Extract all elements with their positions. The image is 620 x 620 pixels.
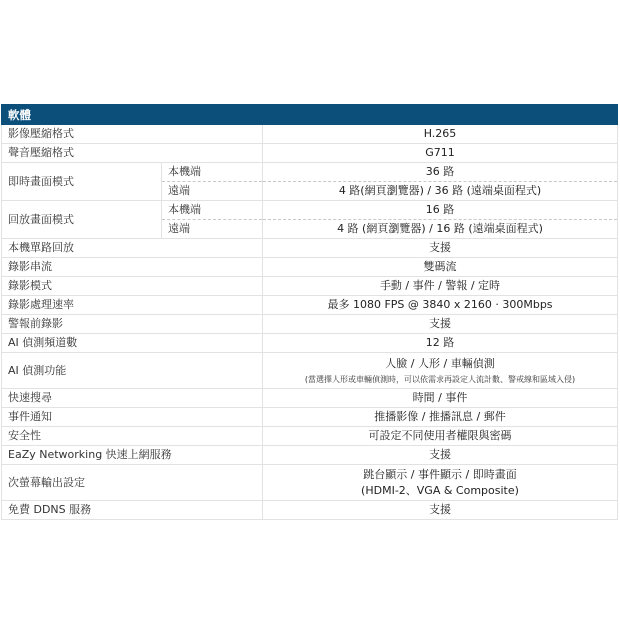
spec-sublabel: 遠端: [162, 182, 263, 201]
spec-row-sub-monitor: 次螢幕輸出設定 跳台顯示 / 事件顯示 / 即時畫面 (HDMI-2、VGA &…: [2, 465, 618, 501]
spec-value: 推播影像 / 推播訊息 / 郵件: [263, 408, 618, 427]
spec-value: 36 路: [263, 163, 618, 182]
spec-row-video-compression: 影像壓縮格式 H.265: [2, 125, 618, 144]
spec-label: 本機單路回放: [2, 239, 263, 258]
spec-value-line: 跳台顯示 / 事件顯示 / 即時畫面: [269, 467, 611, 483]
spec-label: 錄影串流: [2, 258, 263, 277]
spec-row-record-mode: 錄影模式 手動 / 事件 / 警報 / 定時: [2, 277, 618, 296]
spec-label: 錄影模式: [2, 277, 263, 296]
spec-value: 16 路: [263, 201, 618, 220]
spec-label: 安全性: [2, 427, 263, 446]
spec-label: EaZy Networking 快速上網服務: [2, 446, 263, 465]
spec-row-audio-compression: 聲音壓縮格式 G711: [2, 144, 618, 163]
spec-value: 人臉 / 人形 / 車輛偵測 (當選擇人形或車輛偵測時，可以依需求再設定人流計數…: [263, 353, 618, 389]
spec-sublabel: 本機端: [162, 163, 263, 182]
spec-label: 次螢幕輸出設定: [2, 465, 263, 501]
spec-sublabel: 本機端: [162, 201, 263, 220]
spec-value: 雙碼流: [263, 258, 618, 277]
spec-row-quick-search: 快速搜尋 時間 / 事件: [2, 389, 618, 408]
spec-value-note: (當選擇人形或車輛偵測時，可以依需求再設定人流計數、警戒線和區域入侵): [269, 373, 611, 387]
spec-row-record-rate: 錄影處理速率 最多 1080 FPS @ 3840 x 2160 · 300Mb…: [2, 296, 618, 315]
spec-label: 警報前錄影: [2, 315, 263, 334]
spec-value: G711: [263, 144, 618, 163]
spec-value: 支援: [263, 315, 618, 334]
spec-label: 即時畫面模式: [2, 163, 162, 201]
spec-row-record-stream: 錄影串流 雙碼流: [2, 258, 618, 277]
spec-value-main: 人臉 / 人形 / 車輛偵測: [269, 355, 611, 373]
spec-value: 時間 / 事件: [263, 389, 618, 408]
spec-value: 支援: [263, 239, 618, 258]
spec-row-playback-local: 回放畫面模式 本機端 16 路: [2, 201, 618, 220]
section-title: 軟體: [2, 105, 618, 125]
spec-value: 支援: [263, 446, 618, 465]
spec-label: 免費 DDNS 服務: [2, 501, 263, 520]
spec-value-line: (HDMI-2、VGA & Composite): [269, 483, 611, 499]
software-spec-table: 軟體 影像壓縮格式 H.265 聲音壓縮格式 G711 即時畫面模式 本機端 3…: [1, 104, 618, 520]
spec-value: H.265: [263, 125, 618, 144]
spec-sublabel: 遠端: [162, 220, 263, 239]
spec-row-pre-alarm: 警報前錄影 支援: [2, 315, 618, 334]
spec-row-ai-functions: AI 偵測功能 人臉 / 人形 / 車輛偵測 (當選擇人形或車輛偵測時，可以依需…: [2, 353, 618, 389]
spec-label: 快速搜尋: [2, 389, 263, 408]
spec-row-ai-channels: AI 偵測頻道數 12 路: [2, 334, 618, 353]
spec-row-eazy-networking: EaZy Networking 快速上網服務 支援: [2, 446, 618, 465]
spec-row-event-notify: 事件通知 推播影像 / 推播訊息 / 郵件: [2, 408, 618, 427]
spec-label: 錄影處理速率: [2, 296, 263, 315]
section-header-row: 軟體: [2, 105, 618, 125]
spec-row-single-playback: 本機單路回放 支援: [2, 239, 618, 258]
spec-row-live-view-local: 即時畫面模式 本機端 36 路: [2, 163, 618, 182]
spec-value: 手動 / 事件 / 警報 / 定時: [263, 277, 618, 296]
spec-label: AI 偵測頻道數: [2, 334, 263, 353]
spec-label: 回放畫面模式: [2, 201, 162, 239]
spec-value: 12 路: [263, 334, 618, 353]
spec-value: 4 路 (網頁瀏覽器) / 16 路 (遠端桌面程式): [263, 220, 618, 239]
spec-value: 跳台顯示 / 事件顯示 / 即時畫面 (HDMI-2、VGA & Composi…: [263, 465, 618, 501]
spec-label: AI 偵測功能: [2, 353, 263, 389]
spec-row-ddns: 免費 DDNS 服務 支援: [2, 501, 618, 520]
spec-row-security: 安全性 可設定不同使用者權限與密碼: [2, 427, 618, 446]
spec-label: 聲音壓縮格式: [2, 144, 263, 163]
spec-label: 影像壓縮格式: [2, 125, 263, 144]
spec-value: 4 路(網頁瀏覽器) / 36 路 (遠端桌面程式): [263, 182, 618, 201]
spec-value: 最多 1080 FPS @ 3840 x 2160 · 300Mbps: [263, 296, 618, 315]
spec-value: 支援: [263, 501, 618, 520]
spec-value: 可設定不同使用者權限與密碼: [263, 427, 618, 446]
spec-label: 事件通知: [2, 408, 263, 427]
